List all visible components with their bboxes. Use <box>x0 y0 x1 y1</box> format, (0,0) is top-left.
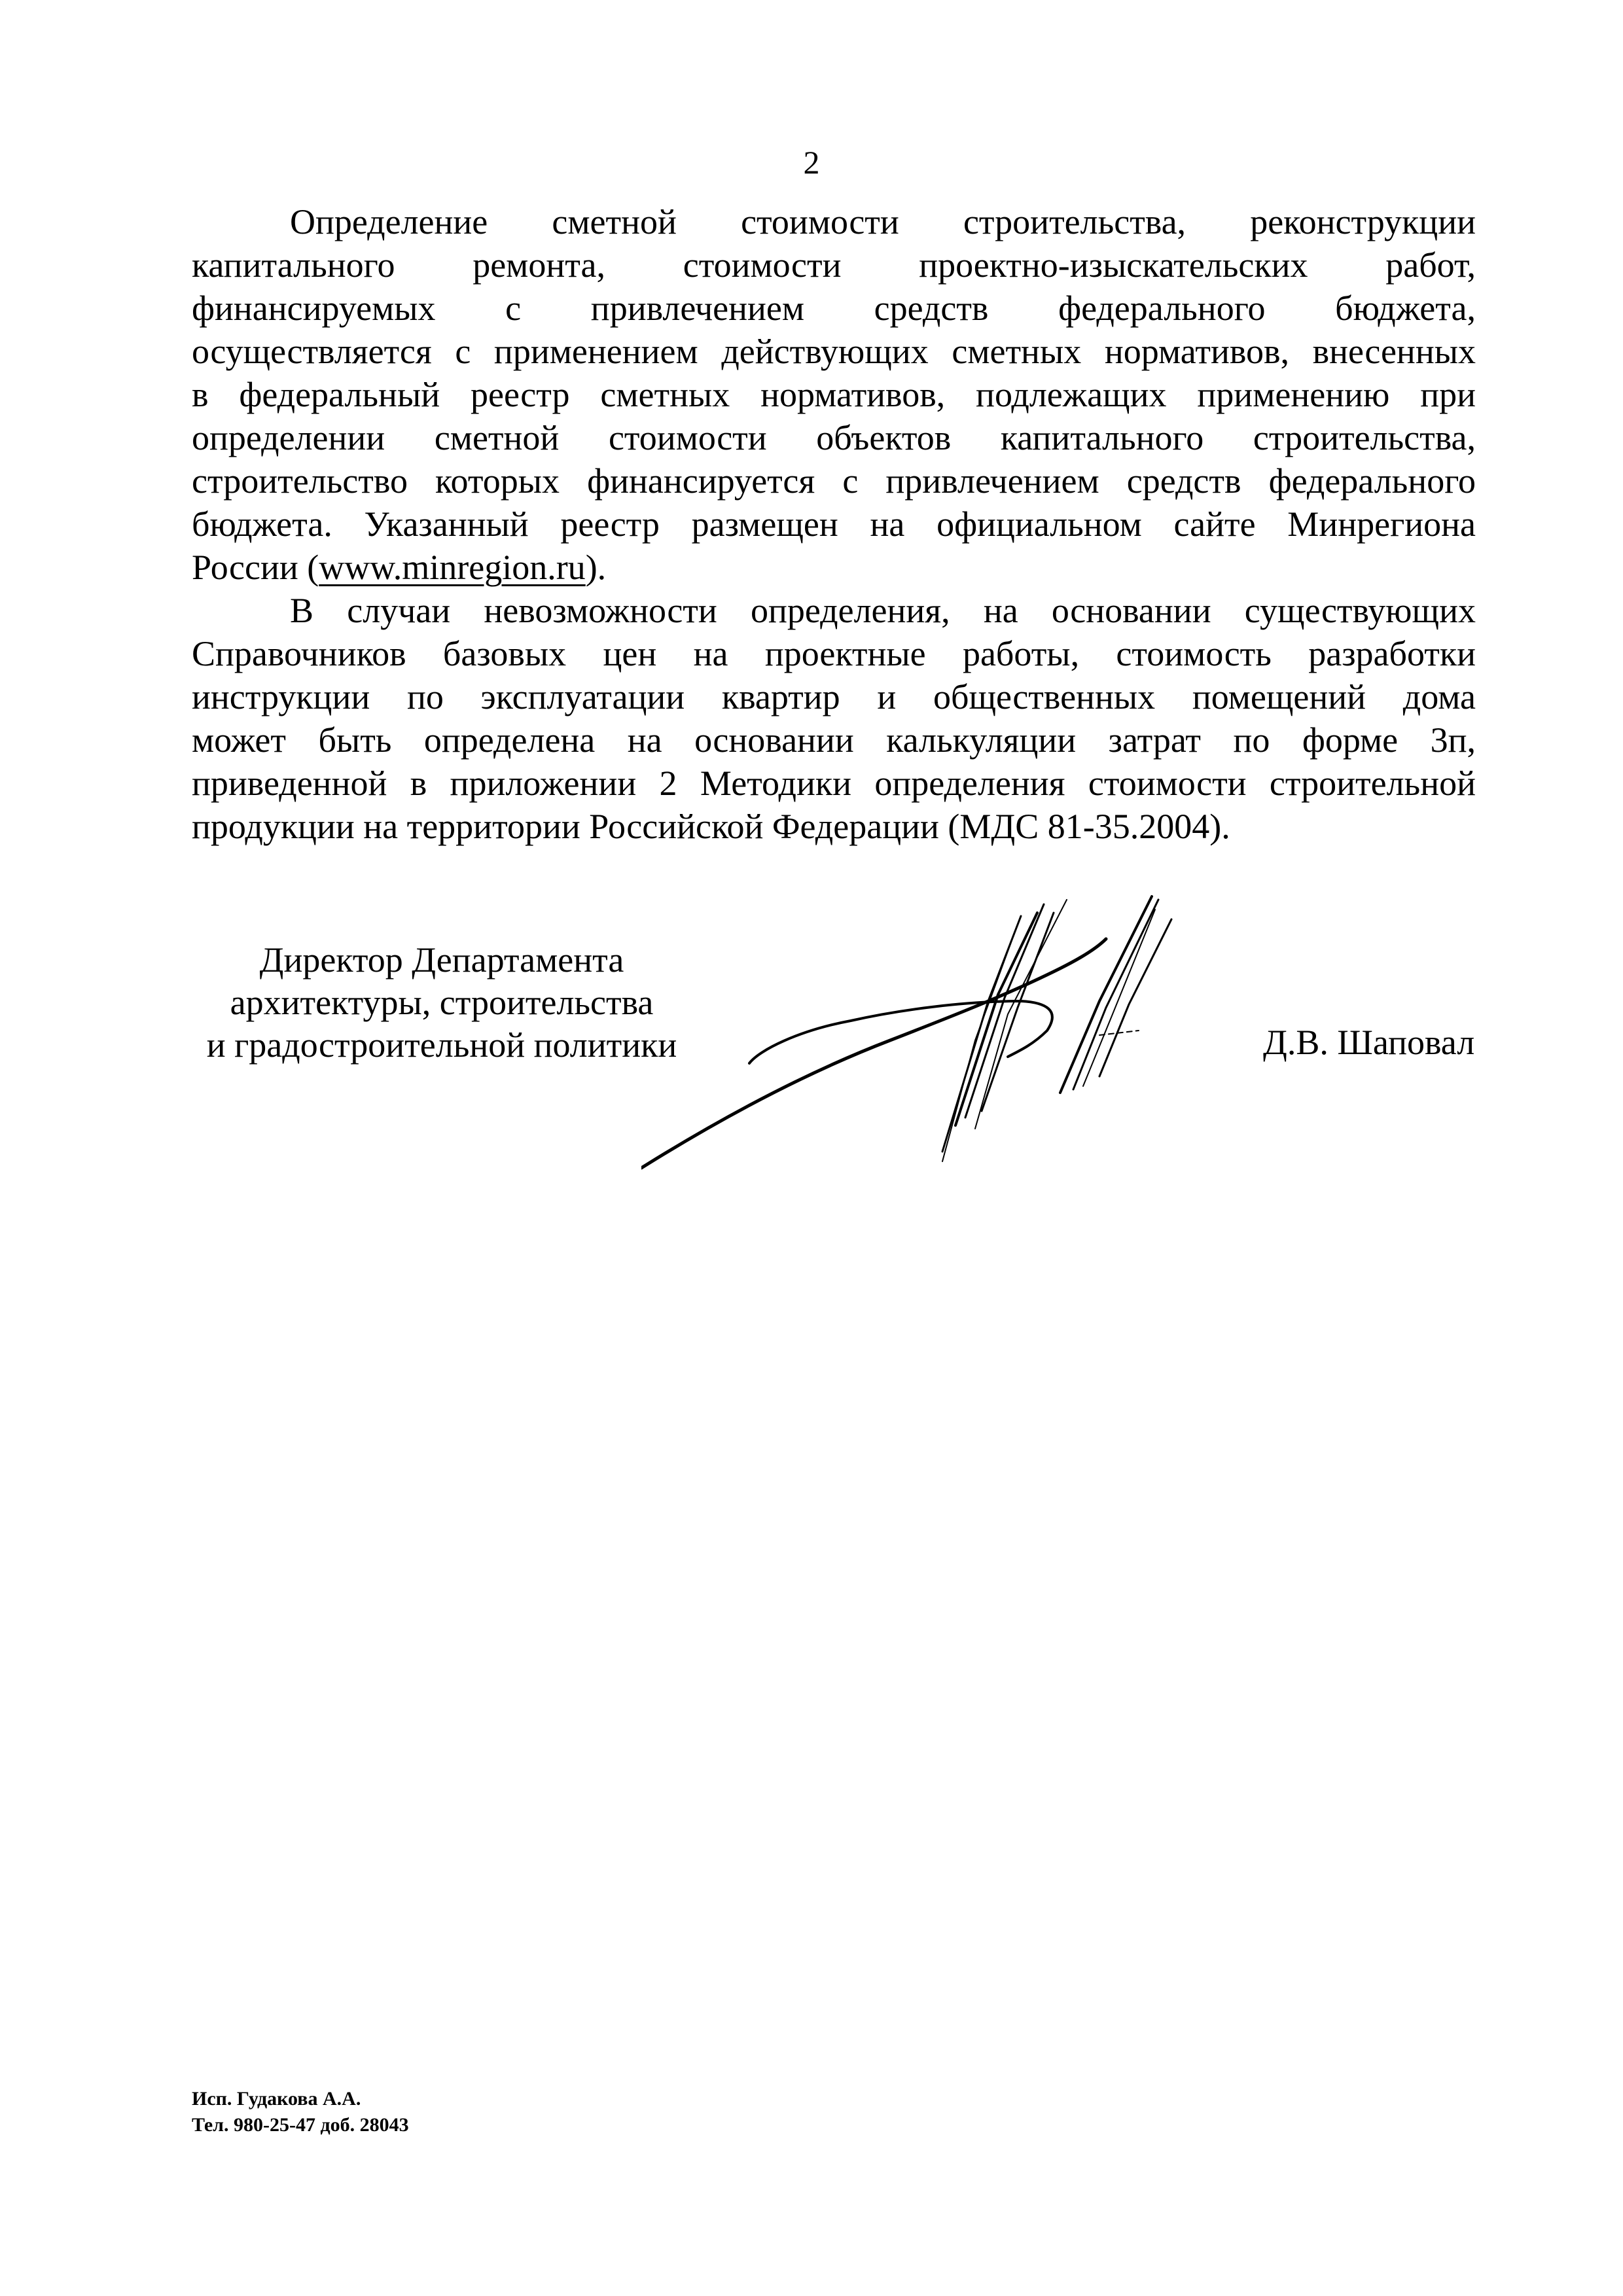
text-fragment: ). <box>586 548 606 587</box>
text-line: В случаи невозможности определения, на о… <box>192 589 1476 632</box>
paragraph-1: Определение сметной стоимости строительс… <box>192 200 1476 589</box>
text-line: приведенной в приложении 2 Методики опре… <box>192 762 1476 805</box>
footer-contact: Исп. Гудакова А.А. Тел. 980-25-47 доб. 2… <box>192 2086 409 2138</box>
page-number: 2 <box>0 143 1623 182</box>
signatory-title-line: Директор Департамента <box>190 939 694 981</box>
signatory-title-line: и градостроительной политики <box>190 1024 694 1067</box>
text-line: Справочников базовых цен на проектные ра… <box>192 632 1476 675</box>
text-line: строительство которых финансируется с пр… <box>192 459 1476 503</box>
text-line: определении сметной стоимости объектов к… <box>192 416 1476 459</box>
text-line: в федеральный реестр сметных нормативов,… <box>192 373 1476 416</box>
paragraph-2: В случаи невозможности определения, на о… <box>192 589 1476 848</box>
handwritten-signature <box>641 864 1296 1204</box>
signatory-title-line: архитектуры, строительства <box>190 981 694 1024</box>
text-line: бюджета. Указанный реестр размещен на оф… <box>192 503 1476 546</box>
text-line: финансируемых с привлечением средств фед… <box>192 287 1476 330</box>
executor-phone: Тел. 980-25-47 доб. 28043 <box>192 2112 409 2138</box>
text-line: продукции на территории Российской Федер… <box>192 805 1476 848</box>
text-line: может быть определена на основании кальк… <box>192 718 1476 762</box>
minregion-link[interactable]: www.minregion.ru <box>319 548 585 587</box>
text-line: осуществляется с применением действующих… <box>192 330 1476 373</box>
signatory-title: Директор Департамента архитектуры, строи… <box>190 939 694 1067</box>
text-fragment: России ( <box>192 548 319 587</box>
text-line: капитального ремонта, стоимости проектно… <box>192 243 1476 287</box>
letter-body: Определение сметной стоимости строительс… <box>192 200 1476 848</box>
text-line: России (www.minregion.ru). <box>192 546 1476 589</box>
text-line: инструкции по эксплуатации квартир и общ… <box>192 675 1476 718</box>
text-line: Определение сметной стоимости строительс… <box>192 200 1476 243</box>
signatory-name: Д.В. Шаповал <box>1263 1021 1474 1064</box>
executor-name: Исп. Гудакова А.А. <box>192 2086 409 2112</box>
